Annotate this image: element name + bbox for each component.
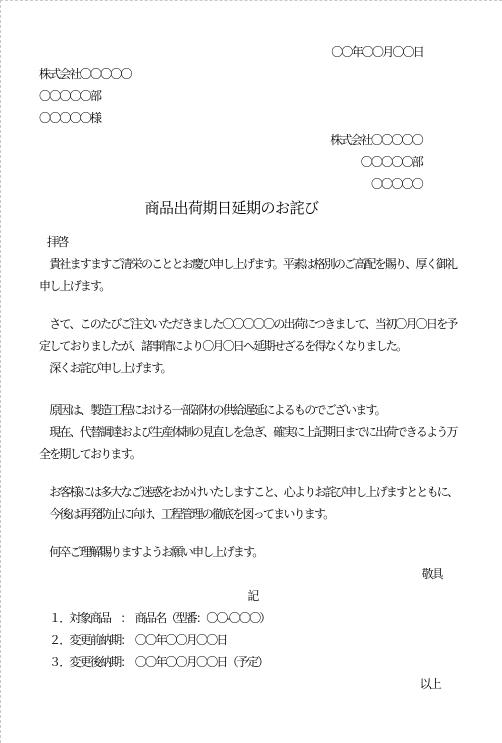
sender-person: 〇〇〇〇〇 bbox=[39, 173, 466, 195]
paragraph-1: 貴社ますますご清栄のこととお慶び申し上げます。平素は格別のご高配を賜り、厚く御礼… bbox=[39, 253, 466, 297]
body-line: 原因は、製造工程における一部部材の供給遅延によるものでございます。 bbox=[39, 399, 466, 421]
body-line: さて、このたびご注文いただきました〇〇〇〇〇の出荷につきまして、当初〇月〇日を予 bbox=[39, 313, 466, 335]
letter-page: 〇〇年〇〇月〇〇日 株式会社〇〇〇〇〇 〇〇〇〇〇部 〇〇〇〇〇様 株式会社〇〇… bbox=[0, 0, 502, 743]
body-line: 今後は再発防止に向け、工程管理の徹底を図ってまいります。 bbox=[39, 503, 466, 525]
body-line: 深くお詫び申し上げます。 bbox=[39, 357, 466, 379]
closing-word: 敬具 bbox=[39, 563, 466, 585]
body-line: 何卒ご理解賜りますようお願い申し上げます。 bbox=[39, 541, 466, 563]
body-line: お客様には多大なご迷惑をおかけいたしますこと、心よりお詫び申し上げますとともに、 bbox=[39, 481, 466, 503]
body-line: 貴社ますますご清栄のこととお慶び申し上げます。平素は格別のご高配を賜り、厚く御礼 bbox=[39, 253, 466, 275]
sender-company: 株式会社〇〇〇〇〇 bbox=[39, 129, 466, 151]
paragraph-2: さて、このたびご注文いただきました〇〇〇〇〇の出荷につきまして、当初〇月〇日を予… bbox=[39, 313, 466, 379]
paragraph-3: 原因は、製造工程における一部部材の供給遅延によるものでございます。 現在、代替調… bbox=[39, 399, 466, 465]
letter-title: 商品出荷期日延期のお詫び bbox=[39, 195, 466, 223]
body-line: 全を期しております。 bbox=[39, 443, 466, 465]
date-line: 〇〇年〇〇月〇〇日 bbox=[39, 41, 466, 63]
body-line: 定しておりましたが、諸事情により〇月〇日へ延期せざるを得なくなりました。 bbox=[39, 335, 466, 357]
notice-item: ２．変更前納期： 〇〇年〇〇月〇〇日 bbox=[39, 629, 466, 651]
body-line: 現在、代替調達および生産体制の見直しを急ぎ、確実に上記期日までに出荷できるよう万 bbox=[39, 421, 466, 443]
notice-item: ３．変更後納期： 〇〇年〇〇月〇〇日（予定） bbox=[39, 651, 466, 673]
body-line: 申し上げます。 bbox=[39, 275, 466, 297]
paragraph-5: 何卒ご理解賜りますようお願い申し上げます。 bbox=[39, 541, 466, 563]
notice-item: １．対象商品 ： 商品名（型番：〇〇-〇〇〇） bbox=[39, 607, 466, 629]
recipient-department: 〇〇〇〇〇部 bbox=[39, 85, 466, 107]
sender-department: 〇〇〇〇〇部 bbox=[39, 151, 466, 173]
paragraph-4: お客様には多大なご迷惑をおかけいたしますこと、心よりお詫び申し上げますとともに、… bbox=[39, 481, 466, 525]
recipient-person: 〇〇〇〇〇様 bbox=[39, 107, 466, 129]
end-marker: 以上 bbox=[39, 673, 466, 695]
notice-header: 記 bbox=[39, 585, 466, 607]
recipient-company: 株式会社〇〇〇〇〇 bbox=[39, 63, 466, 85]
salutation: 拝啓 bbox=[39, 231, 466, 253]
